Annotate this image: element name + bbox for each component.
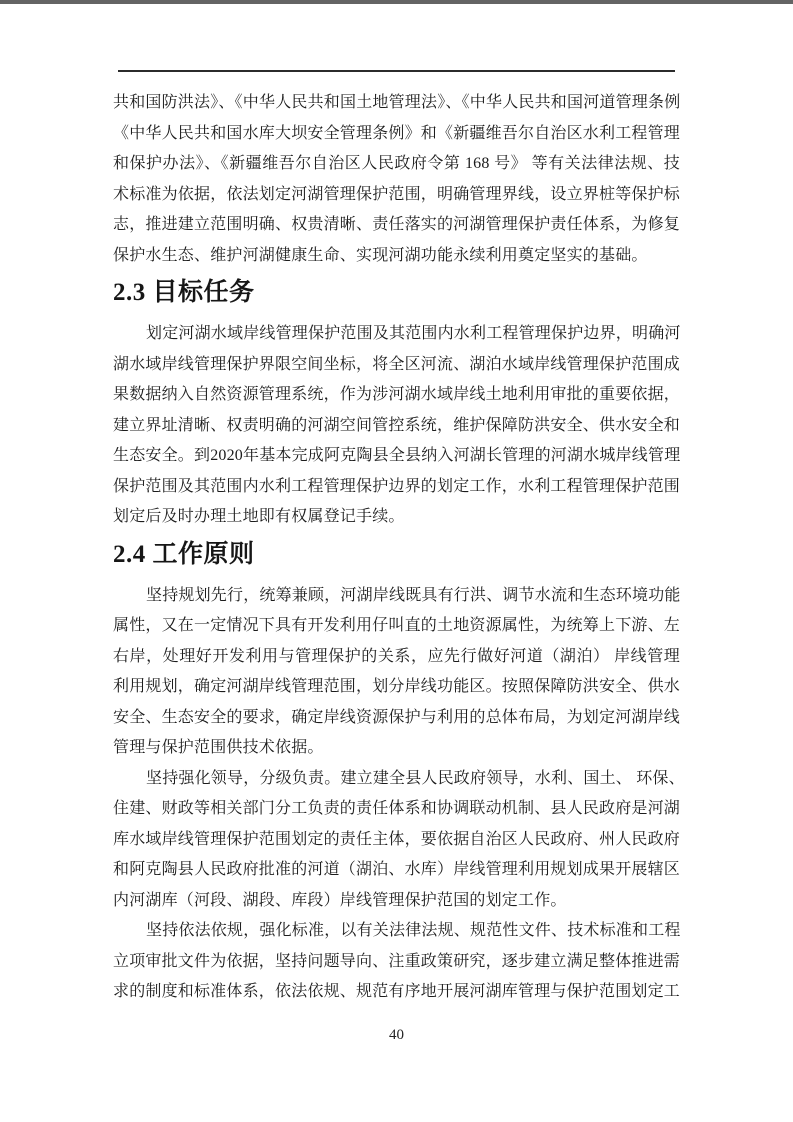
document-line: 管理与保护范围供技术依据。 [113,733,680,764]
document-line: 划定河湖水域岸线管理保护范围及其范围内水利工程管理保护边界，明确河 [113,319,680,350]
header-rule [118,70,675,72]
paragraph-principle-leadership: 坚持强化领导，分级负责。建立建全县人民政府领导，水利、国土、 环保、 住建、财政… [113,764,680,917]
document-line: 建立界址清晰、权责明确的河湖空间管控系统，维护保障防洪安全、供水安全和 [113,411,680,442]
document-line: 内河湖库（河段、湖段、库段）岸线管理保护范国的划定工作。 [113,886,680,917]
section-heading-2-3: 2.3 目标任务 [113,276,680,310]
section-heading-2-4: 2.4 工作原则 [113,538,680,572]
document-line: 志，推进建立范围明确、权贵清晰、责任落实的河湖管理保护责任体系，为修复 [113,210,680,241]
document-line: 生态安全。到2020年基本完成阿克陶县全县纳入河湖长管理的河湖水城岸线管理 [113,441,680,472]
page-number: 40 [0,1025,793,1045]
paragraph-principle-law: 坚持依法依规，强化标准，以有关法律法规、规范性文件、技术标准和工程 立项审批文件… [113,916,680,1008]
document-line: 保护范围及其范围内水利工程管理保护边界的划定工作，水利工程管理保护范围 [113,472,680,503]
document-line: 利用规划，确定河湖岸线管理范围，划分岸线功能区。按照保障防洪安全、供水 [113,672,680,703]
document-line: 果数据纳入自然资源管理系统，作为涉河湖水域岸线土地利用审批的重要依据， [113,380,680,411]
document-line: 坚持规划先行，统筹兼顾，河湖岸线既具有行洪、调节水流和生态环境功能 [113,581,680,612]
document-line: 安全、生态安全的要求，确定岸线资源保护与利用的总体布局，为划定河湖岸线 [113,703,680,734]
document-line: 《中华人民共和国水库大坝安全管理条例》和《新疆维吾尔自治区水利工程管理 [113,119,680,150]
paragraph-principle-planning: 坚持规划先行，统筹兼顾，河湖岸线既具有行洪、调节水流和生态环境功能 属性，又在一… [113,581,680,764]
document-line: 保护水生态、维护河湖健康生命、实现河湖功能永续利用奠定坚实的基础。 [113,241,680,272]
document-line: 共和国防洪法》、《中华人民共和国土地管理法》、《中华人民共和国河道管理条例》 [113,88,680,119]
document-page: 共和国防洪法》、《中华人民共和国土地管理法》、《中华人民共和国河道管理条例》 《… [0,0,793,1122]
document-line: 坚持依法依规，强化标准，以有关法律法规、规范性文件、技术标准和工程 [113,916,680,947]
document-line: 和阿克陶县人民政府批准的河道（湖泊、水库）岸线管理利用规划成果开展辖区 [113,855,680,886]
document-line: 求的制度和标准体系，依法依规、规范有序地开展河湖库管理与保护范围划定工 [113,977,680,1008]
document-line: 属性，又在一定情况下具有开发利用仔叫直的土地资源属性，为统筹上下游、左 [113,611,680,642]
document-body: 共和国防洪法》、《中华人民共和国土地管理法》、《中华人民共和国河道管理条例》 《… [113,88,680,1008]
document-line: 立项审批文件为依据，坚持问题导向、注重政策研究，逐步建立满足整体推进需 [113,947,680,978]
document-line: 划定后及时办理土地即有权属登记手续。 [113,502,680,533]
document-line: 术标准为依据，依法划定河湖管理保护范围，明确管理界线，设立界桩等保护标 [113,180,680,211]
document-line: 和保护办法》、《新疆维吾尔自治区人民政府令第 168 号》 等有关法律法规、技 [113,149,680,180]
paragraph-continued: 共和国防洪法》、《中华人民共和国土地管理法》、《中华人民共和国河道管理条例》 《… [113,88,680,271]
paragraph-goals: 划定河湖水域岸线管理保护范围及其范围内水利工程管理保护边界，明确河 湖水域岸线管… [113,319,680,533]
document-line: 湖水域岸线管理保护界限空间坐标，将全区河流、湖泊水域岸线管理保护范围成 [113,350,680,381]
document-line: 住建、财政等相关部门分工负责的责任体系和协调联动机制、县人民政府是河湖 [113,794,680,825]
document-line: 右岸，处理好开发利用与管理保护的关系，应先行做好河道（湖泊） 岸线管理 [113,642,680,673]
document-line: 库水域岸线管理保护范围划定的责任主体，要依据自治区人民政府、州人民政府 [113,825,680,856]
document-line: 坚持强化领导，分级负责。建立建全县人民政府领导，水利、国土、 环保、 [113,764,680,795]
page-top-edge [0,0,793,4]
